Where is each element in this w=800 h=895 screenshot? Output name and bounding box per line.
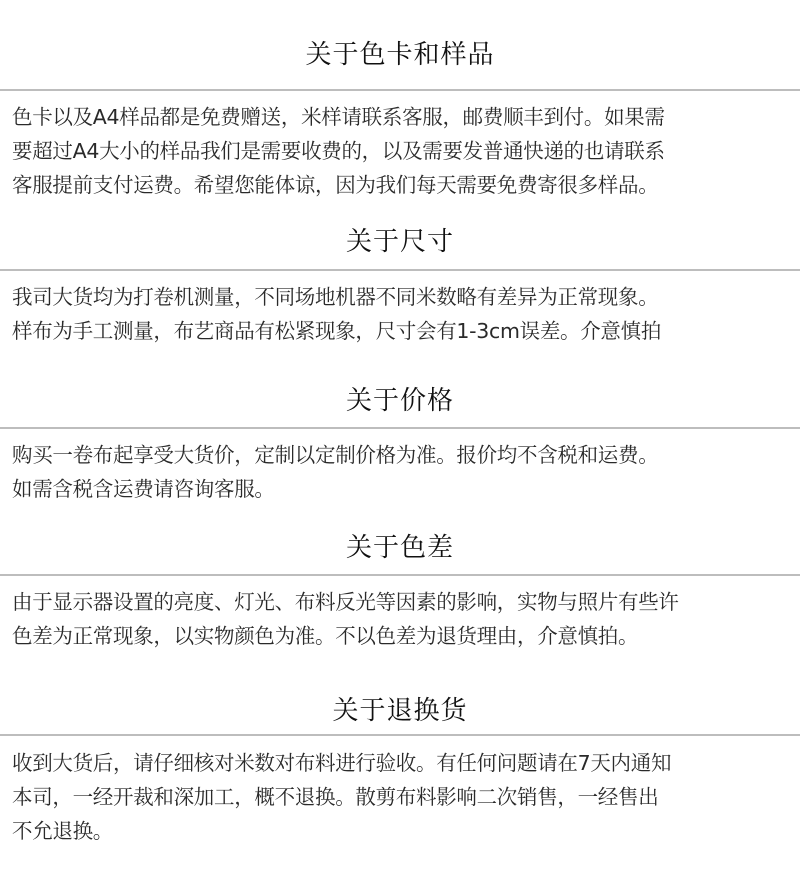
divider: [0, 427, 800, 429]
body-line: 如需含税含运费请咨询客服。: [12, 472, 800, 506]
section-title: 关于尺寸: [0, 227, 800, 257]
body-line: 由于显示器设置的亮度、灯光、布料反光等因素的影响，实物与照片有些许: [12, 585, 800, 619]
body-line: 色卡以及A4样品都是免费赠送，米样请联系客服，邮费顺丰到付。如果需: [12, 100, 800, 134]
body-line: 色差为正常现象，以实物颜色为准。不以色差为退货理由，介意慎拍。: [12, 619, 800, 653]
section-body: 由于显示器设置的亮度、灯光、布料反光等因素的影响，实物与照片有些许 色差为正常现…: [12, 585, 800, 653]
section-title: 关于色差: [0, 533, 800, 563]
section-body: 我司大货均为打卷机测量，不同场地机器不同米数略有差异为正常现象。 样布为手工测量…: [12, 280, 800, 348]
section-body: 色卡以及A4样品都是免费赠送，米样请联系客服，邮费顺丰到付。如果需 要超过A4大…: [12, 100, 800, 202]
divider: [0, 734, 800, 736]
section-body: 购买一卷布起享受大货价，定制以定制价格为准。报价均不含税和运费。 如需含税含运费…: [12, 438, 800, 506]
body-line: 客服提前支付运费。希望您能体谅，因为我们每天需要免费寄很多样品。: [12, 168, 800, 202]
body-line: 我司大货均为打卷机测量，不同场地机器不同米数略有差异为正常现象。: [12, 280, 800, 314]
section-body: 收到大货后，请仔细核对米数对布料进行验收。有任何问题请在7天内通知 本司，一经开…: [12, 746, 800, 848]
section-title: 关于退换货: [0, 696, 800, 726]
divider: [0, 269, 800, 271]
divider: [0, 574, 800, 576]
body-line: 不允退换。: [12, 814, 800, 848]
section-title: 关于色卡和样品: [0, 40, 800, 70]
body-line: 要超过A4大小的样品我们是需要收费的，以及需要发普通快递的也请联系: [12, 134, 800, 168]
body-line: 购买一卷布起享受大货价，定制以定制价格为准。报价均不含税和运费。: [12, 438, 800, 472]
body-line: 收到大货后，请仔细核对米数对布料进行验收。有任何问题请在7天内通知: [12, 746, 800, 780]
section-title: 关于价格: [0, 386, 800, 416]
divider: [0, 89, 800, 91]
body-line: 样布为手工测量，布艺商品有松紧现象，尺寸会有1-3cm误差。介意慎拍: [12, 314, 800, 348]
body-line: 本司，一经开裁和深加工，概不退换。散剪布料影响二次销售，一经售出: [12, 780, 800, 814]
